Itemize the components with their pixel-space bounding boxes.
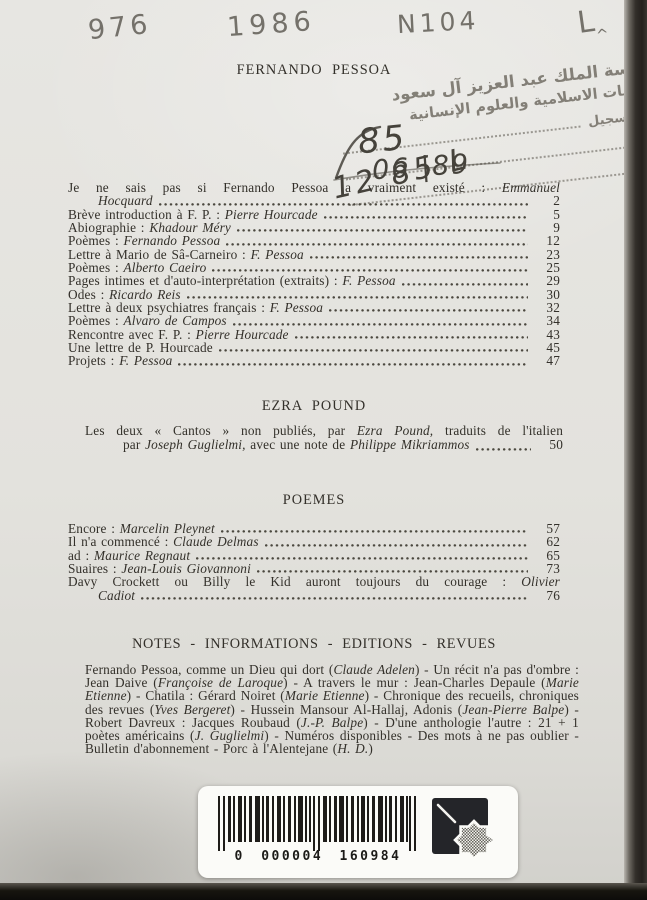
- book-edge-shadow-right: [624, 0, 647, 900]
- toc-entry: Pages intimes et d'auto-interprétation (…: [68, 274, 560, 287]
- toc-entry-author: F. Pessoa: [342, 273, 395, 288]
- dot-leader: [187, 296, 528, 299]
- barcode-icon: [218, 796, 418, 851]
- page-number: 30: [534, 288, 560, 301]
- page-number: 2: [534, 194, 560, 207]
- toc-entry: Abiographie : Khadour Méry9: [68, 221, 560, 234]
- foundation-logo-icon: [430, 796, 500, 864]
- page-number: 32: [534, 301, 560, 314]
- dot-leader: [226, 243, 528, 246]
- toc-entry: Suaires : Jean-Louis Giovannoni73: [68, 562, 560, 575]
- toc-entry-author: Joseph Guglielmi,: [145, 437, 246, 452]
- notes-paragraph: Fernando Pessoa, comme un Dieu qui dort …: [85, 663, 579, 755]
- toc-entry: Les deux « Cantos » non publiés, par Ezr…: [85, 424, 563, 438]
- section-heading-poemes: POEMES: [68, 492, 560, 509]
- dot-leader: [295, 336, 528, 339]
- corner-caret: ^: [595, 25, 610, 45]
- book-page: 976 1986 N104 L^ FERNANDO PESSOA مؤسسة ا…: [0, 0, 632, 886]
- corner-letter: L: [575, 4, 596, 41]
- page-number: 25: [534, 261, 560, 274]
- dot-leader: [324, 216, 528, 219]
- section-heading-notes: NOTES - INFORMATIONS - EDITIONS - REVUES: [68, 636, 560, 653]
- toc-entry: Encore : Marcelin Pleynet57: [68, 522, 560, 535]
- toc-entry: Une lettre de P. Hourcade45: [68, 341, 560, 354]
- page-number: 45: [534, 341, 560, 354]
- toc-entry: Poèmes : Alvaro de Campos34: [68, 314, 560, 327]
- toc-pessoa-section: Je ne sais pas si Fernando Pessoa a vrai…: [68, 181, 560, 368]
- section-heading-ezra-pound: EZRA POUND: [68, 398, 560, 415]
- dot-leader: [237, 229, 528, 232]
- toc-entry: Hocquard2: [68, 194, 560, 207]
- page-number: 29: [534, 274, 560, 287]
- toc-entry: Davy Crockett ou Billy le Kid auront tou…: [68, 575, 560, 588]
- page-number: 76: [534, 589, 560, 602]
- toc-entry-text: avec une note de: [246, 437, 350, 452]
- toc-entry: Rencontre avec F. P. : Pierre Hourcade43: [68, 328, 560, 341]
- dot-leader: [310, 256, 528, 259]
- toc-entry: Il n'a commencé : Claude Delmas62: [68, 535, 560, 548]
- toc-entry-text: Davy Crockett ou Billy le Kid auront tou…: [68, 574, 521, 589]
- page-number: 65: [534, 549, 560, 562]
- toc-entry: Odes : Ricardo Reis30: [68, 288, 560, 301]
- dot-leader: [476, 448, 531, 451]
- toc-entry-text: traduits de l'italien: [433, 423, 563, 438]
- toc-entry-author: Ezra Pound,: [357, 423, 433, 438]
- ezra-pound-entry: Les deux « Cantos » non publiés, par Ezr…: [85, 424, 563, 453]
- handwritten-issue-number: N104: [396, 6, 480, 39]
- page-number: 50: [537, 438, 563, 452]
- barcode-digits: 0 000004 160984: [206, 849, 430, 864]
- dot-leader: [219, 349, 528, 352]
- page-number: 62: [534, 535, 560, 548]
- book-edge-shadow-bottom: [0, 883, 647, 900]
- dot-leader: [329, 309, 528, 312]
- dot-leader: [402, 283, 528, 286]
- dot-leader: [233, 323, 528, 326]
- toc-entry: Je ne sais pas si Fernando Pessoa a vrai…: [68, 181, 560, 194]
- toc-entry: Lettre à Mario de Sâ-Carneiro : F. Pesso…: [68, 248, 560, 261]
- page-number: 23: [534, 248, 560, 261]
- toc-entry: Projets : F. Pessoa47: [68, 354, 560, 367]
- handwritten-year: 1986: [226, 6, 317, 43]
- toc-entry-author: Pierre Hourcade: [225, 207, 318, 222]
- toc-entry: Lettre à deux psychiatres français : F. …: [68, 301, 560, 314]
- toc-entry-text: Projets :: [68, 353, 119, 368]
- page-number: 9: [534, 221, 560, 234]
- dot-leader: [212, 269, 528, 272]
- toc-entry: Brève introduction à F. P. : Pierre Hour…: [68, 208, 560, 221]
- toc-entry-author: F. Pessoa: [251, 247, 304, 262]
- toc-entry-text: Les deux « Cantos » non publiés, par: [85, 423, 357, 438]
- toc-poemes-section: Encore : Marcelin Pleynet57 Il n'a comme…: [68, 522, 560, 602]
- toc-entry: Poèmes : Fernando Pessoa12: [68, 234, 560, 247]
- toc-entry: Cadiot76: [68, 589, 560, 602]
- page-number: 57: [534, 522, 560, 535]
- dot-leader: [196, 557, 528, 560]
- page-number: 12: [534, 234, 560, 247]
- toc-entry-author: Emmanuel: [502, 180, 560, 195]
- toc-entry-text: par: [123, 437, 145, 452]
- toc-entry: Poèmes : Alberto Caeiro25: [68, 261, 560, 274]
- barcode-sticker: 0 000004 160984: [198, 786, 518, 878]
- page-number: 43: [534, 328, 560, 341]
- dot-leader: [221, 530, 528, 533]
- page-number: 34: [534, 314, 560, 327]
- toc-entry-author: F. Pessoa: [119, 353, 172, 368]
- dot-leader: [257, 570, 528, 573]
- page-number: 73: [534, 562, 560, 575]
- scanned-page-canvas: 976 1986 N104 L^ FERNANDO PESSOA مؤسسة ا…: [0, 0, 647, 900]
- page-number: 5: [534, 208, 560, 221]
- toc-entry: par Joseph Guglielmi, avec une note de P…: [85, 438, 563, 452]
- handwritten-corner-mark: L^: [575, 2, 610, 47]
- dot-leader: [159, 203, 528, 206]
- toc-entry-author: F. Pessoa: [270, 300, 323, 315]
- eight-point-star-icon: [455, 821, 495, 859]
- toc-entry-author: Philippe Mikriammos: [350, 437, 470, 452]
- toc-entry-author: Cadiot: [98, 588, 135, 603]
- toc-entry: ad : Maurice Regnaut65: [68, 549, 560, 562]
- dot-leader: [265, 544, 528, 547]
- page-number: 47: [534, 354, 560, 367]
- dot-leader: [178, 363, 528, 366]
- dot-leader: [141, 597, 528, 600]
- handwritten-number: 976: [87, 9, 153, 46]
